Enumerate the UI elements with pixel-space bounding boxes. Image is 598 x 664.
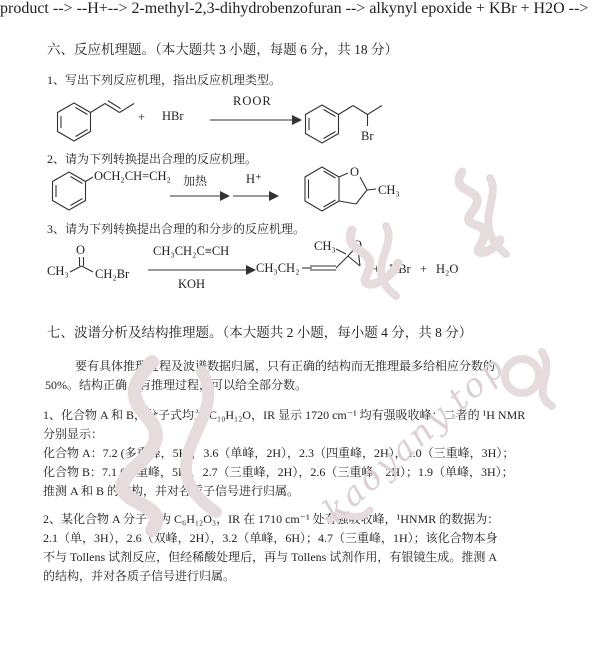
bromide-product-structure: Br xyxy=(296,86,446,152)
heat-label: 加热 xyxy=(183,172,207,189)
acid-arrow xyxy=(233,188,279,204)
exam-page: 六、反应机理题。（本大题共 3 小题，每题 6 分，共 18 分） 1、写出下列… xyxy=(0,0,598,664)
reaction-arrow-1 xyxy=(210,112,302,128)
q7-1-line: 分别显示： xyxy=(43,425,103,442)
q7-1-line: 1、化合物 A 和 B，分子式均为 C₁₀H₁₂O，IR 显示 1720 cm⁻… xyxy=(43,406,525,423)
koh-label: KOH xyxy=(178,277,205,292)
furan-ch3-label: CH₃ xyxy=(378,183,400,197)
q7-2-line: 2.1（单，3H），2.6（双峰，2H），3.2（单峰，6H）；4.7（三重峰，… xyxy=(43,529,498,546)
q7-2-line: 的结构，并对各质子信号进行归属。 xyxy=(43,567,235,584)
q3-prompt: 3、请为下列转换提出合理的和分步的反应机理。 xyxy=(47,220,305,237)
bromoacetone-ch2br-label: CH₂Br xyxy=(95,267,130,281)
heat-arrow xyxy=(170,188,230,204)
section6-heading: 六、反应机理题。（本大题共 3 小题，每题 6 分，共 18 分） xyxy=(47,38,398,58)
bromoacetone-o-label: O xyxy=(76,243,85,257)
q7-1-line: 化合物 A：7.2 (多重峰，5H)，3.6（单峰，2H），2.3（四重峰，2H… xyxy=(43,444,514,461)
byproducts-text: + KBr + H₂O xyxy=(373,262,458,277)
watermark-scribble xyxy=(542,352,552,406)
watermark-scribble xyxy=(488,178,506,254)
epoxide-product-structure: CH₃CH₂ CH₃ O xyxy=(256,236,386,296)
br-label: Br xyxy=(361,129,374,143)
bromoacetone-structure: CH₃ O CH₂Br xyxy=(45,238,155,294)
section7-heading: 七、波谱分析及结构推理题。（本大题共 2 小题，每小题 4 分，共 8 分） xyxy=(47,321,472,341)
product-ch3-label: CH₃ xyxy=(314,239,336,253)
grading-note-line-2: 50%。结构正确，有推理过程，可以给全部分数。 xyxy=(45,376,307,393)
watermark-scribble xyxy=(505,359,539,393)
reaction-arrow-3 xyxy=(148,262,256,278)
q7-1-line: 推测 A 和 B 的结构，并对各质子信号进行归属。 xyxy=(43,482,299,499)
hbr-reagent: HBr xyxy=(162,109,184,124)
furan-o-label: O xyxy=(350,165,359,179)
bromoacetone-ch3-label: CH₃ xyxy=(47,264,69,278)
dihydrobenzofuran-structure: O CH₃ xyxy=(292,164,414,224)
acid-label: H⁺ xyxy=(246,171,262,187)
epoxide-o-label: O xyxy=(353,238,362,252)
product-chain-label: CH₃CH₂ xyxy=(256,261,299,275)
watermark-scribble xyxy=(459,172,500,253)
butyne-label: CH₃CH₂C≡CH xyxy=(153,244,229,259)
roor-label: ROOR xyxy=(233,94,272,109)
q7-1-line: 化合物 B：7.1 (多重峰，5H)，2.7（三重峰，2H），2.6（三重峰，2… xyxy=(43,463,514,480)
grading-note-line-1: 要有具体推理过程及波谱数据归属，只有正确的结构而无推理最多给相应分数的 xyxy=(75,357,495,374)
q2-prompt: 2、请为下列转换提出合理的反应机理。 xyxy=(47,150,257,167)
q7-2-line: 不与 Tollens 试剂反应，但经稀酸处理后，再与 Tollens 试剂作用，… xyxy=(43,548,497,565)
ether-label: OCH₂CH=CH₂ xyxy=(94,169,171,183)
q7-2-line: 2、某化合物 A 分子式为 C₆H₁₂O₃，IR 在 1710 cm⁻¹ 处有强… xyxy=(43,510,499,527)
plus-sign: + xyxy=(138,110,145,125)
